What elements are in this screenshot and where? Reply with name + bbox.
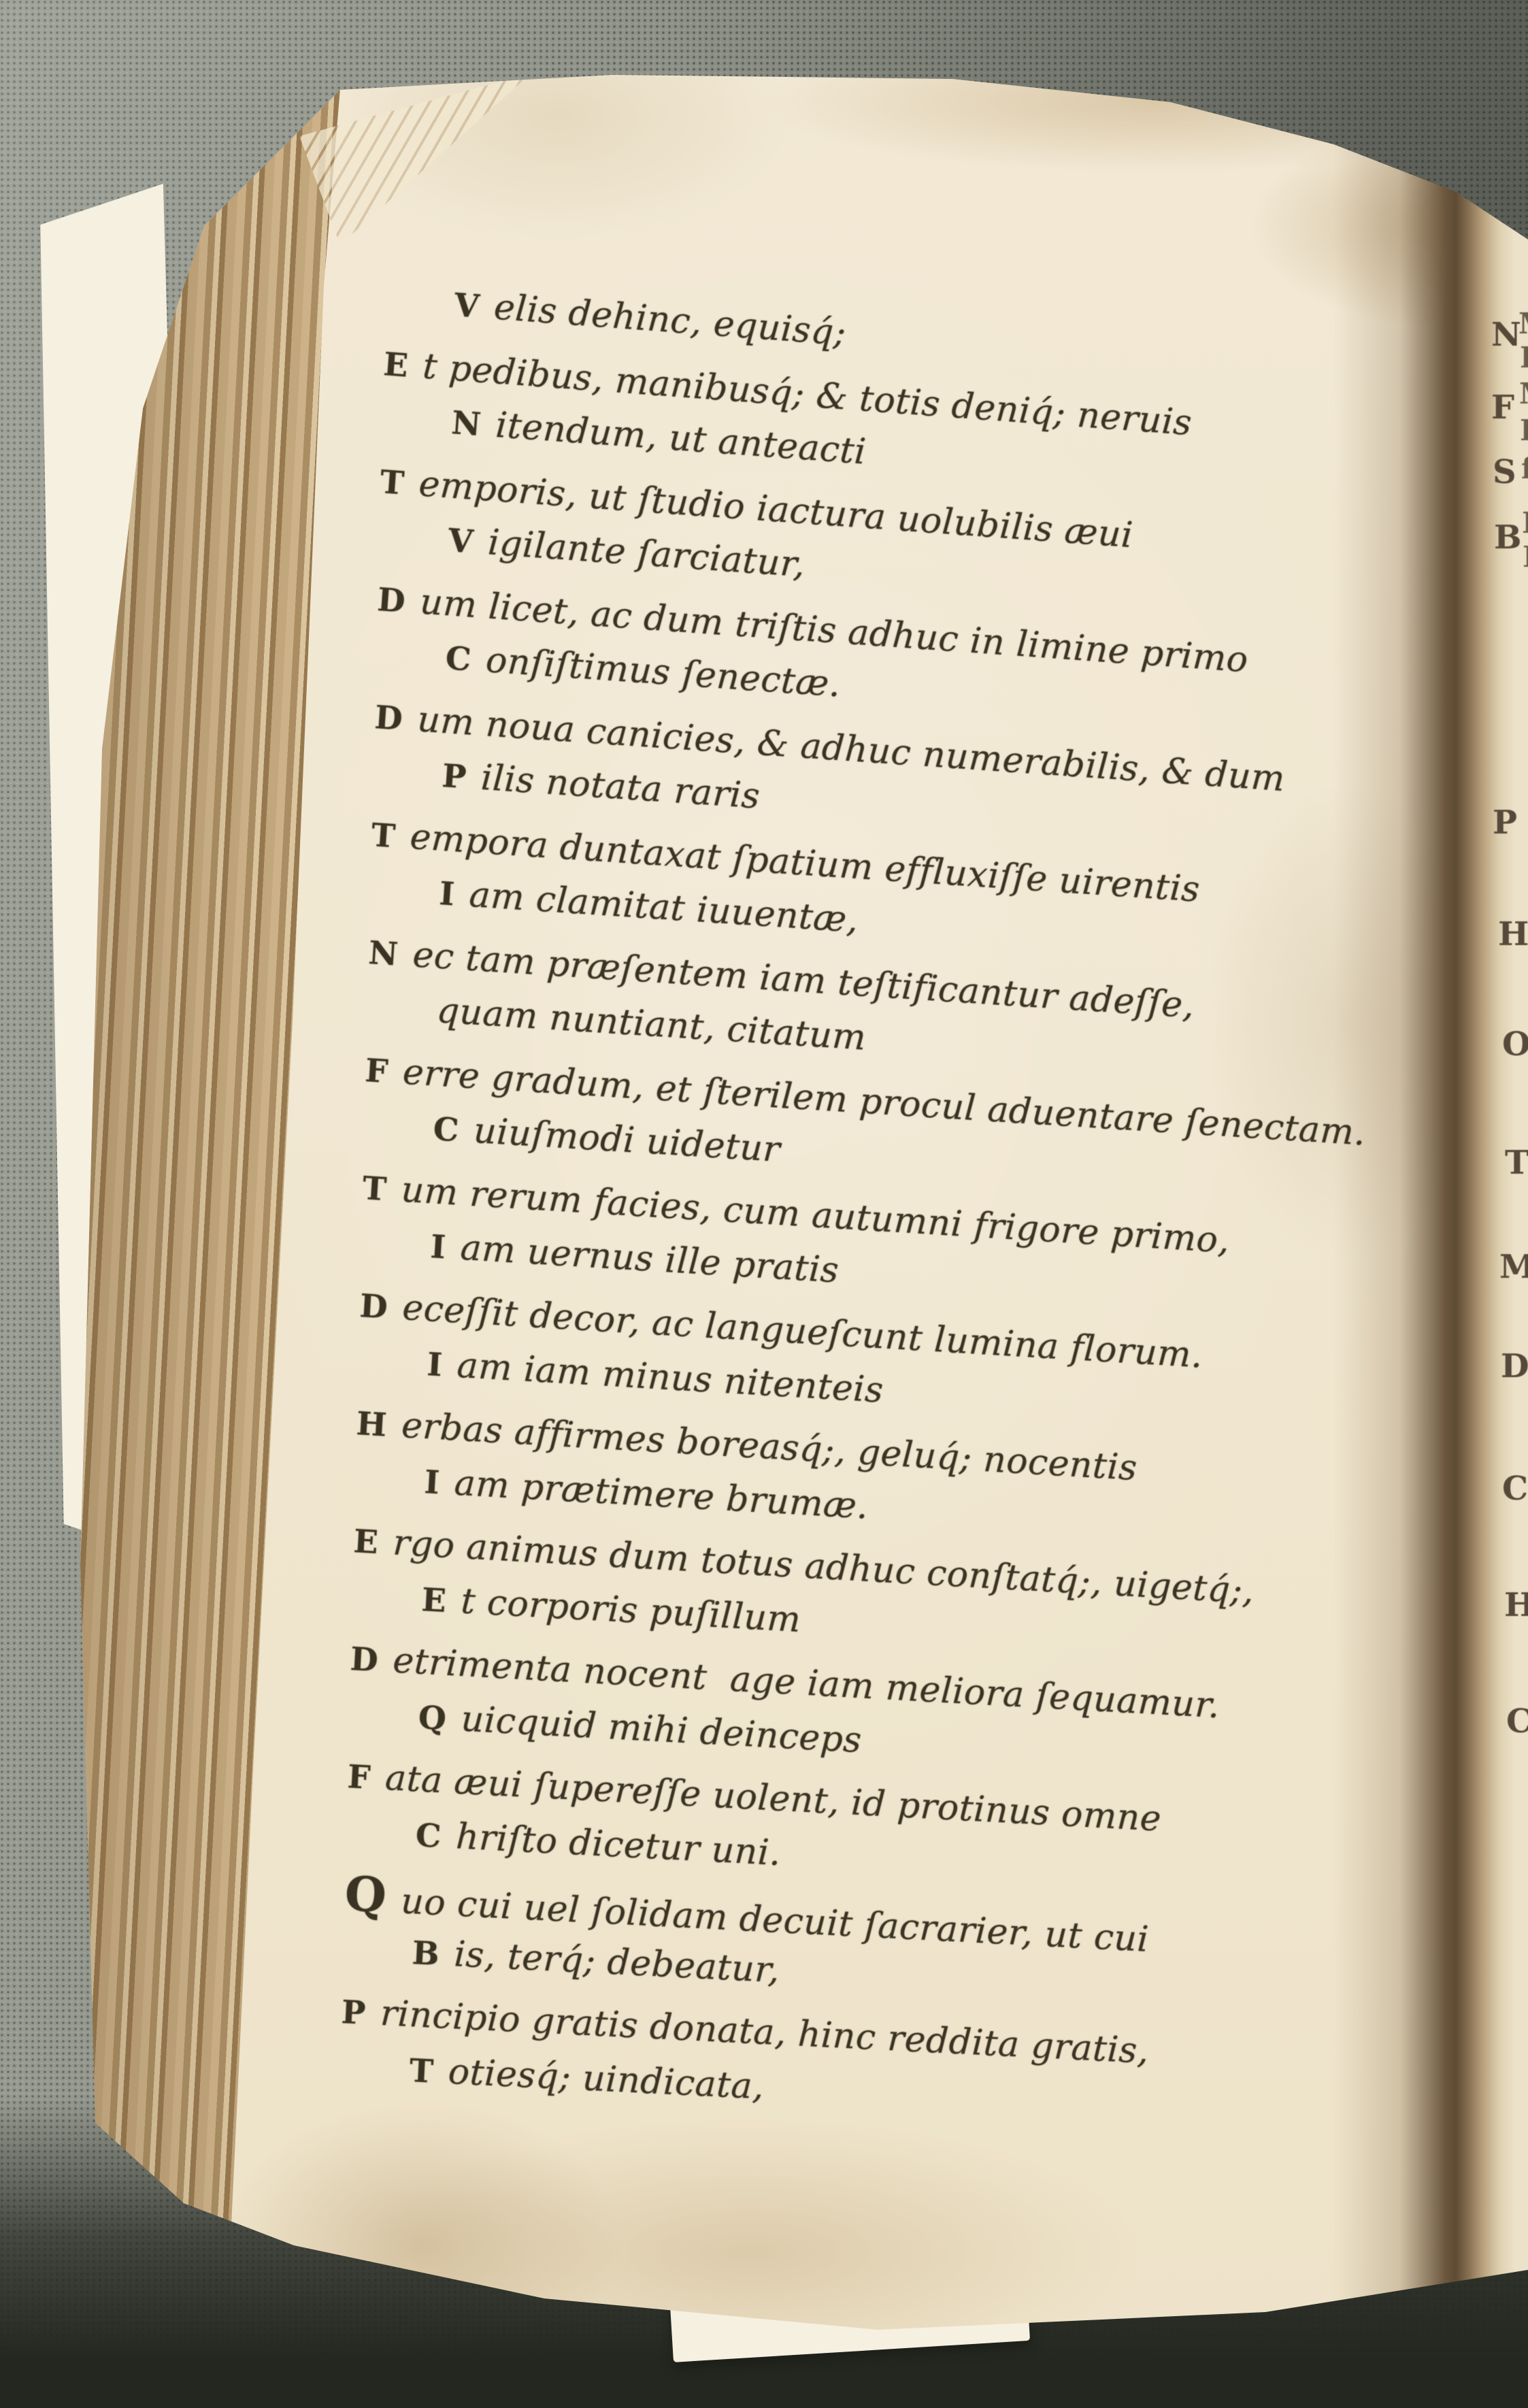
facing-page-initial: H bbox=[1504, 1589, 1528, 1621]
facing-page-initial: M bbox=[1518, 310, 1528, 338]
facing-page-initial: C bbox=[1502, 1472, 1528, 1505]
facing-page-initial: M bbox=[1499, 1251, 1528, 1283]
facing-page-initial: S bbox=[1493, 456, 1516, 489]
facing-page-initial: B bbox=[1494, 521, 1522, 554]
facing-page-initial: ſ bbox=[1521, 455, 1528, 483]
facing-page-initial: F bbox=[1491, 391, 1514, 424]
facing-page-initials: NFSBPHOTMDCHCMPMIſII bbox=[0, 0, 1528, 2408]
facing-page-initial: C bbox=[1506, 1705, 1528, 1738]
open-book: Velis dehinc, equisq́;Et pedibus, manibu… bbox=[0, 0, 1528, 2408]
facing-page-initial: I bbox=[1523, 543, 1528, 572]
facing-page-initial: O bbox=[1502, 1028, 1528, 1061]
facing-page-initial: P bbox=[1520, 344, 1528, 372]
facing-page-initial: D bbox=[1501, 1350, 1528, 1383]
facing-page-initial: T bbox=[1505, 1147, 1528, 1179]
facing-page-initial: N bbox=[1491, 318, 1521, 351]
facing-page-initial: M bbox=[1519, 380, 1528, 408]
facing-page-initial: H bbox=[1498, 918, 1528, 951]
facing-page-initial: I bbox=[1522, 509, 1528, 538]
facing-page-initial: I bbox=[1520, 416, 1528, 445]
book-photo: Velis dehinc, equisq́;Et pedibus, manibu… bbox=[0, 0, 1528, 2408]
facing-page-initial: P bbox=[1493, 806, 1517, 839]
